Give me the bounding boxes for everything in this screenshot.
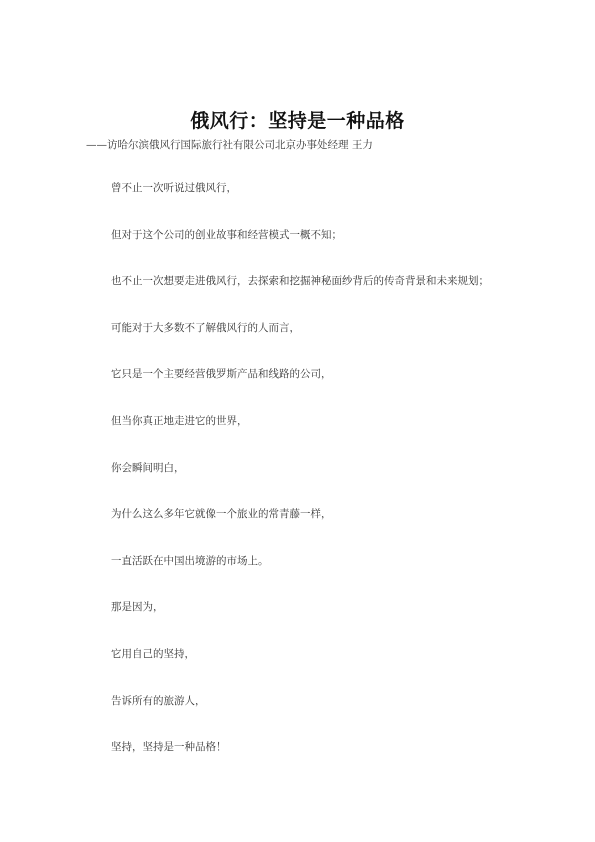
body-line: 也不止一次想要走进俄风行，去探索和挖掘神秘面纱背后的传奇背景和未来规划； [111,274,489,321]
body-line: 但当你真正地走进它的世界， [111,414,489,461]
body-line: 那是因为， [111,600,489,647]
body-line: 曾不止一次听说过俄风行， [111,181,489,228]
document-subtitle: ——访哈尔滨俄风行国际旅行社有限公司北京办事处经理 王力 [86,137,373,152]
body-line: 它用自己的坚持， [111,647,489,694]
body-line: 告诉所有的旅游人， [111,694,489,741]
body-line: 为什么这么多年它就像一个旅业的常青藤一样， [111,507,489,554]
body-line: 你会瞬间明白， [111,461,489,508]
body-line: 但对于这个公司的创业故事和经营模式一概不知； [111,228,489,275]
body-line: 坚持，坚持是一种品格！ [111,740,489,787]
body-line: 可能对于大多数不了解俄风行的人而言， [111,321,489,368]
body-line: 它只是一个主要经营俄罗斯产品和线路的公司， [111,367,489,414]
body-line: 一直活跃在中国出境游的市场上。 [111,554,489,601]
document-body: 曾不止一次听说过俄风行， 但对于这个公司的创业故事和经营模式一概不知； 也不止一… [111,181,489,787]
document-title: 俄风行：坚持是一种品格 [0,106,595,133]
